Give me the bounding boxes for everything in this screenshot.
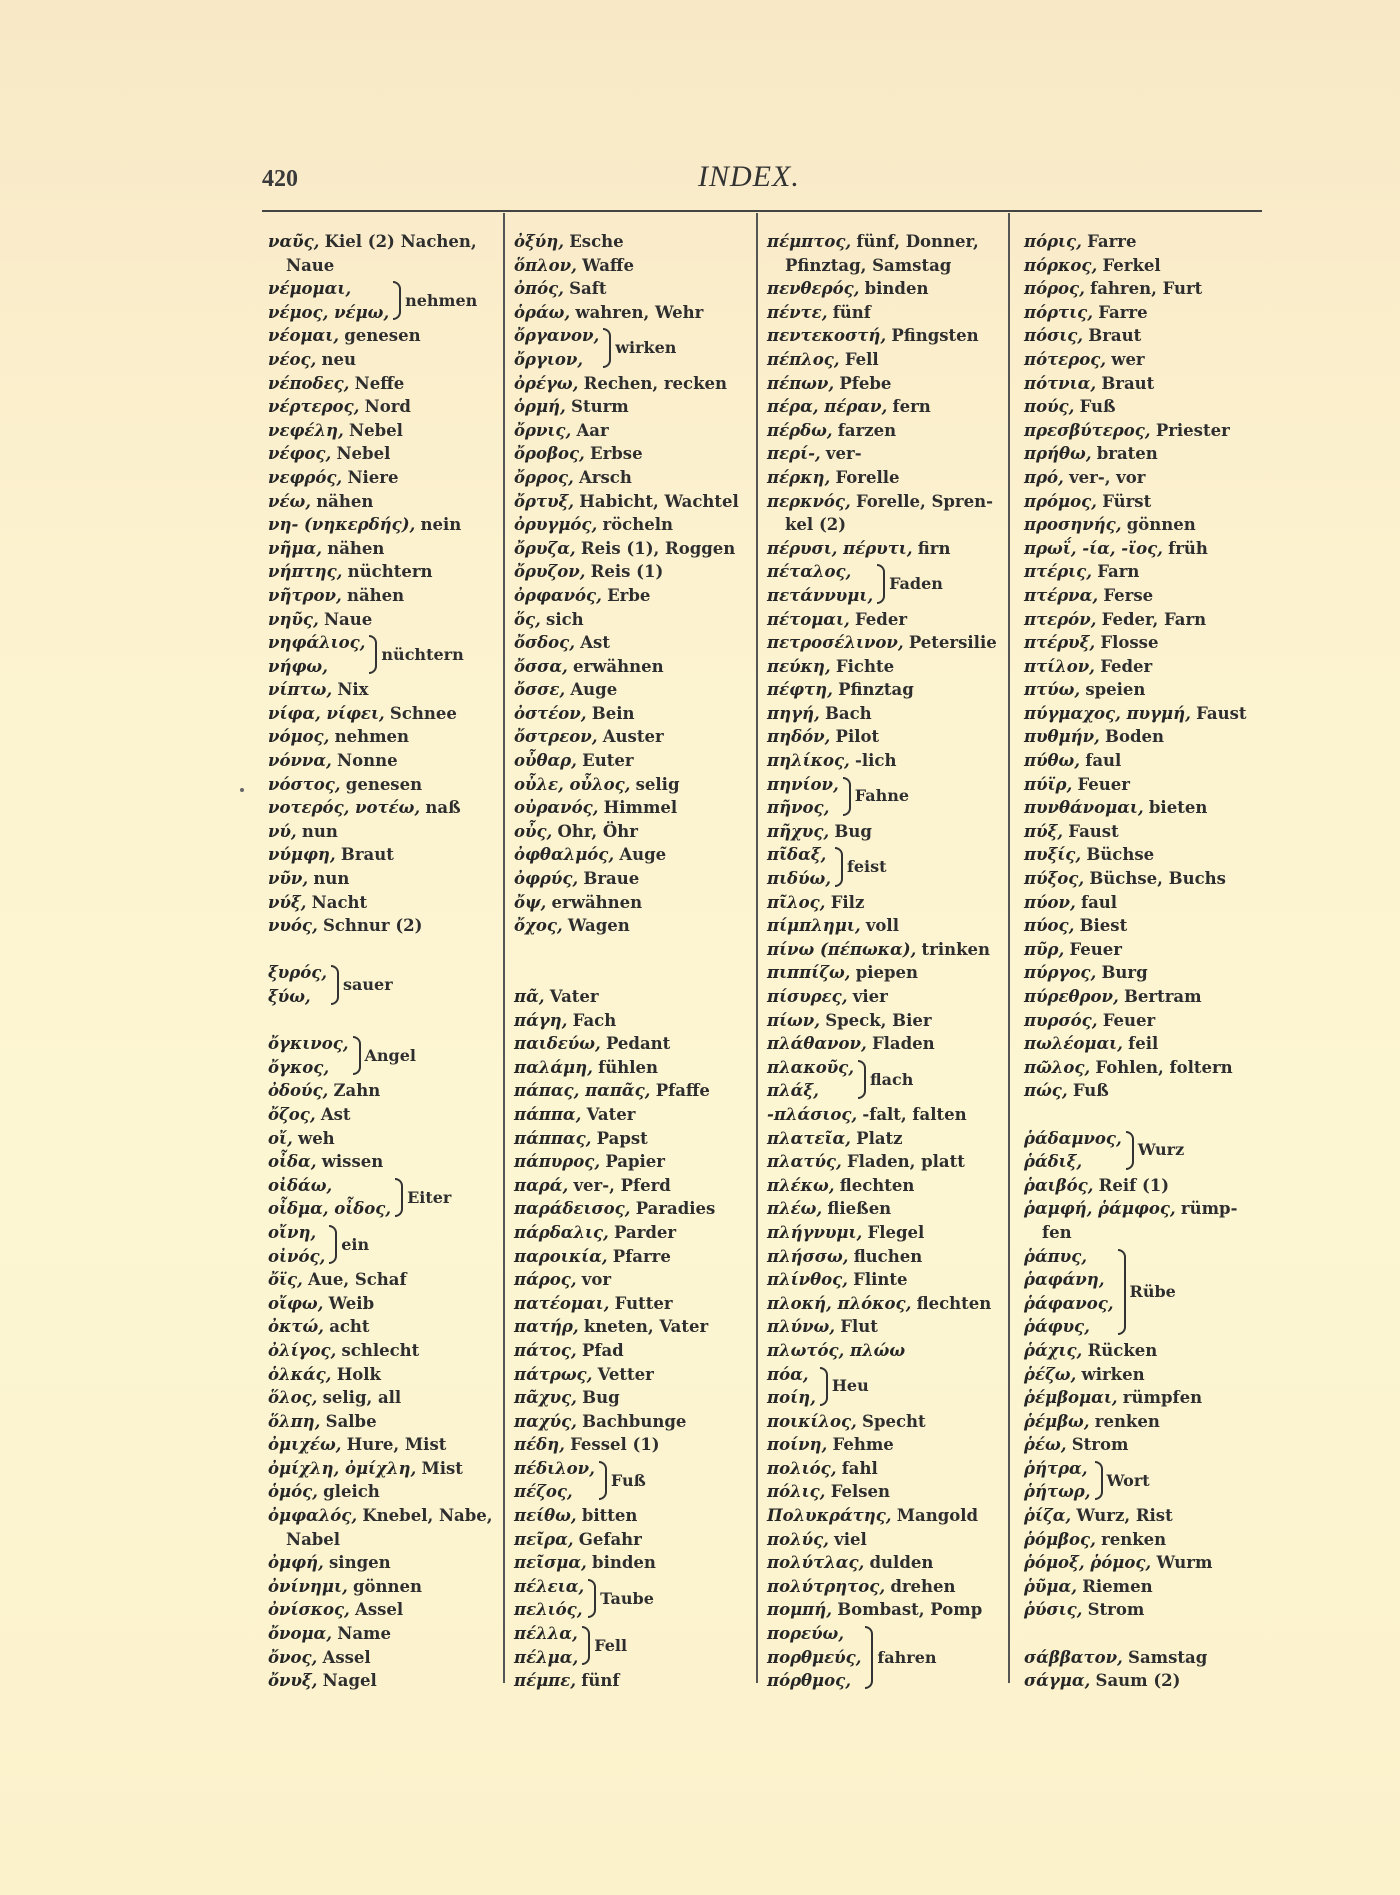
index-entry: πηγή, Bach bbox=[767, 702, 1012, 726]
section-gap bbox=[1024, 1103, 1269, 1127]
greek-headword: πύος, bbox=[1024, 916, 1074, 935]
greek-headword: πετάννυμι, bbox=[767, 584, 873, 608]
greek-headword: ὄργιον, bbox=[514, 348, 599, 372]
brace-icon bbox=[865, 1626, 873, 1689]
index-entry: ὅπλον, Waffe bbox=[514, 254, 759, 278]
index-entry: ῥίζα, Wurz, Rist bbox=[1024, 1504, 1269, 1528]
greek-headword: πεντεκοστή, bbox=[767, 326, 886, 345]
greek-headword: οἴ, bbox=[268, 1129, 293, 1148]
german-gloss: Reis (1), Roggen bbox=[581, 539, 735, 558]
index-column-3: πέμπτος, fünf, Donner,Pfinztag, Samstagπ… bbox=[767, 230, 1012, 1693]
greek-headword: σάββατον, bbox=[1024, 1648, 1123, 1667]
index-entry: πέπλος, Fell bbox=[767, 348, 1012, 372]
german-gloss: Kiel (2) Nachen, bbox=[325, 232, 477, 251]
german-gloss: Pfarre bbox=[613, 1247, 671, 1266]
german-gloss: fern bbox=[893, 397, 931, 416]
german-gloss: selig bbox=[636, 775, 680, 794]
greek-headword: ῥήτρα, bbox=[1024, 1457, 1091, 1481]
german-gloss: sich bbox=[546, 610, 584, 629]
german-gloss: fünf bbox=[581, 1671, 619, 1690]
index-entry: πόσις, Braut bbox=[1024, 324, 1269, 348]
greek-headword: πομπή, bbox=[767, 1600, 832, 1619]
greek-headword: ὀφθαλμός, bbox=[514, 845, 614, 864]
greek-headword: πλάξ, bbox=[767, 1079, 854, 1103]
index-entry: ῥύσις, Strom bbox=[1024, 1598, 1269, 1622]
greek-headword: ὄρυζον, bbox=[514, 562, 585, 581]
greek-headword: ὄϊς, bbox=[268, 1270, 303, 1289]
grouped-entry: πλακοῦς,πλάξ,flach bbox=[767, 1056, 1012, 1103]
greek-words: πῖδαξ,πιδύω, bbox=[767, 843, 831, 890]
greek-headword: πρόμος, bbox=[1024, 492, 1097, 511]
index-entry: ὄρυζον, Reis (1) bbox=[514, 560, 759, 584]
german-gloss: flach bbox=[870, 1068, 913, 1092]
index-entry: πόρος, fahren, Furt bbox=[1024, 277, 1269, 301]
index-entry: πετροσέλινον, Petersilie bbox=[767, 631, 1012, 655]
greek-headword: οἶδμα, οἶδος, bbox=[268, 1197, 391, 1221]
greek-headword: πετροσέλινον, bbox=[767, 633, 904, 652]
index-entry: πεύκη, Fichte bbox=[767, 655, 1012, 679]
german-gloss: Fuß bbox=[1080, 397, 1116, 416]
german-gloss: röcheln bbox=[602, 515, 673, 534]
german-gloss: Priester bbox=[1156, 421, 1230, 440]
index-entry: ὀνίσκος, Assel bbox=[268, 1598, 513, 1622]
greek-headword: πᾶχυς, bbox=[514, 1388, 577, 1407]
german-gloss: flechten bbox=[917, 1294, 992, 1313]
german-gloss: Nabel bbox=[286, 1530, 340, 1549]
index-entry: ὄϊς, Aue, Schaf bbox=[268, 1268, 513, 1292]
index-entry: ὀρφανός, Erbe bbox=[514, 584, 759, 608]
greek-words: ξυρός,ξύω, bbox=[268, 961, 327, 1008]
greek-headword: πεύκη, bbox=[767, 657, 831, 676]
german-gloss: wissen bbox=[322, 1152, 384, 1171]
greek-headword: ὄσσα, bbox=[514, 657, 568, 676]
german-gloss: kneten, Vater bbox=[584, 1317, 708, 1336]
greek-headword: πίων, bbox=[767, 1011, 820, 1030]
index-entry: ὄσσα, erwähnen bbox=[514, 655, 759, 679]
greek-headword: ὄζος, bbox=[268, 1105, 316, 1124]
greek-words: νέμομαι,νέμος, νέμω, bbox=[268, 277, 389, 324]
brace-icon bbox=[599, 1461, 607, 1500]
grouped-entry: ῥάπυς,ῥαφάνη,ῥάφανος,ῥάφυς,Rübe bbox=[1024, 1245, 1269, 1339]
german-gloss: nun bbox=[302, 822, 338, 841]
greek-headword: πτέρυξ, bbox=[1024, 633, 1095, 652]
page-title: INDEX. bbox=[698, 160, 800, 194]
index-entry: παλάμη, fühlen bbox=[514, 1056, 759, 1080]
german-gloss: bieten bbox=[1149, 798, 1207, 817]
greek-headword: πυθμήν, bbox=[1024, 727, 1100, 746]
greek-headword: πωλέομαι, bbox=[1024, 1034, 1123, 1053]
greek-headword: πέλλα, bbox=[514, 1622, 578, 1646]
index-entry: ὀστέον, Bein bbox=[514, 702, 759, 726]
index-entry: πύον, faul bbox=[1024, 891, 1269, 915]
index-entry: πλήσσω, fluchen bbox=[767, 1245, 1012, 1269]
greek-headword: πορθμεύς, bbox=[767, 1646, 861, 1670]
german-gloss: trinken bbox=[922, 940, 991, 959]
german-gloss: drehen bbox=[890, 1577, 955, 1596]
german-gloss: Pilot bbox=[836, 727, 880, 746]
greek-headword: πέφτη, bbox=[767, 680, 833, 699]
index-entry: πότερος, wer bbox=[1024, 348, 1269, 372]
index-entry: πείθω, bitten bbox=[514, 1504, 759, 1528]
index-entry: ὄνυξ, Nagel bbox=[268, 1669, 513, 1693]
greek-headword: ῥέω, bbox=[1024, 1435, 1066, 1454]
greek-headword: πηδόν, bbox=[767, 727, 830, 746]
brace-icon bbox=[329, 1225, 337, 1264]
german-gloss: feil bbox=[1128, 1034, 1158, 1053]
index-entry: πυνθάνομαι, bieten bbox=[1024, 796, 1269, 820]
greek-headword: ὁράω, bbox=[514, 303, 570, 322]
greek-headword: περκνός, bbox=[767, 492, 851, 511]
greek-words: πέλεια,πελιός, bbox=[514, 1575, 584, 1622]
index-entry: πύξ, Faust bbox=[1024, 820, 1269, 844]
brace-icon bbox=[588, 1579, 596, 1618]
greek-headword: -πλάσιος, bbox=[767, 1105, 857, 1124]
index-entry: ὀδούς, Zahn bbox=[268, 1079, 513, 1103]
greek-headword: ῥόμοξ, ῥόμος, bbox=[1024, 1553, 1151, 1572]
greek-headword: πτέρις, bbox=[1024, 562, 1092, 581]
grouped-entry: νηφάλιος,νήφω,nüchtern bbox=[268, 631, 513, 678]
index-column-1: ναῦς, Kiel (2) Nachen,Naueνέμομαι,νέμος,… bbox=[268, 230, 513, 1693]
index-entry: πλοκή, πλόκος, flechten bbox=[767, 1292, 1012, 1316]
grouped-entry: πόα,ποίη,Heu bbox=[767, 1363, 1012, 1410]
greek-headword: ῥαιβός, bbox=[1024, 1176, 1093, 1195]
german-gloss: nähen bbox=[327, 539, 384, 558]
index-entry: πίσυρες, vier bbox=[767, 985, 1012, 1009]
index-entry: πολιός, fahl bbox=[767, 1457, 1012, 1481]
brace-icon bbox=[331, 965, 339, 1004]
german-gloss: erwähnen bbox=[573, 657, 664, 676]
brace-icon bbox=[1126, 1131, 1134, 1170]
index-entry: νοτερός, νοτέω, naß bbox=[268, 796, 513, 820]
grouped-entry: ῥάδαμνος,ῥάδιξ,Wurz bbox=[1024, 1127, 1269, 1174]
index-entry: ὀφθαλμός, Auge bbox=[514, 843, 759, 867]
index-entry: ὄσδος, Ast bbox=[514, 631, 759, 655]
greek-headword: ὀμφαλός, bbox=[268, 1506, 357, 1525]
index-entry: νόμος, nehmen bbox=[268, 725, 513, 749]
index-entry: νῦν, nun bbox=[268, 867, 513, 891]
german-gloss: Nebel bbox=[349, 421, 403, 440]
greek-headword: νίφα, νίφει, bbox=[268, 704, 385, 723]
index-entry: πρεσβύτερος, Priester bbox=[1024, 419, 1269, 443]
german-gloss: Flut bbox=[840, 1317, 878, 1336]
german-gloss: Auge bbox=[619, 845, 666, 864]
greek-headword: ὀξύη, bbox=[514, 232, 564, 251]
german-gloss: speien bbox=[1085, 680, 1145, 699]
german-gloss: Fach bbox=[573, 1011, 617, 1030]
greek-headword: ῥάδαμνος, bbox=[1024, 1127, 1122, 1151]
german-gloss: Hure, Mist bbox=[347, 1435, 447, 1454]
index-entry: πέδη, Fessel (1) bbox=[514, 1433, 759, 1457]
german-gloss: Aar bbox=[576, 421, 608, 440]
index-entry: πύθω, faul bbox=[1024, 749, 1269, 773]
index-entry: πυξίς, Büchse bbox=[1024, 843, 1269, 867]
greek-headword: νύμφη, bbox=[268, 845, 336, 864]
brace-icon bbox=[835, 847, 843, 886]
index-entry: πλέω, fließen bbox=[767, 1197, 1012, 1221]
greek-headword: πορεύω, bbox=[767, 1622, 861, 1646]
german-gloss: gönnen bbox=[1127, 515, 1196, 534]
greek-headword: πούς, bbox=[1024, 397, 1074, 416]
german-gloss: ver-, Pferd bbox=[573, 1176, 670, 1195]
german-gloss: Bug bbox=[582, 1388, 619, 1407]
greek-headword: πρεσβύτερος, bbox=[1024, 421, 1151, 440]
index-entry: πίων, Speck, Bier bbox=[767, 1009, 1012, 1033]
grouped-entry: ὄγκινος,ὄγκος,Angel bbox=[268, 1032, 513, 1079]
index-entry: σάγμα, Saum (2) bbox=[1024, 1669, 1269, 1693]
greek-headword: πάππας, bbox=[514, 1129, 591, 1148]
index-entry: ὄχος, Wagen bbox=[514, 914, 759, 938]
index-entry: πτέρνα, Ferse bbox=[1024, 584, 1269, 608]
greek-headword: πῆνος, bbox=[767, 796, 839, 820]
index-entry: πόρις, Farre bbox=[1024, 230, 1269, 254]
index-entry: πάππας, Papst bbox=[514, 1127, 759, 1151]
index-entry: νέομαι, genesen bbox=[268, 324, 513, 348]
german-gloss: Pfebe bbox=[839, 374, 891, 393]
index-entry: ναῦς, Kiel (2) Nachen, bbox=[268, 230, 513, 254]
index-entry: ῥαιβός, Reif (1) bbox=[1024, 1174, 1269, 1198]
greek-headword: πρωΐ, -ία, -ϊος, bbox=[1024, 539, 1163, 558]
german-gloss: Bachbunge bbox=[582, 1412, 686, 1431]
index-entry: νέω, nähen bbox=[268, 490, 513, 514]
index-entry: πόλις, Felsen bbox=[767, 1480, 1012, 1504]
greek-headword: νη- (νηκερδής), bbox=[268, 515, 415, 534]
brace-icon bbox=[1118, 1249, 1126, 1335]
german-gloss: selig, all bbox=[323, 1388, 402, 1407]
index-entry: πενθερός, binden bbox=[767, 277, 1012, 301]
greek-headword: πῦρ, bbox=[1024, 940, 1064, 959]
german-gloss: früh bbox=[1168, 539, 1208, 558]
index-entry: ὅλπη, Salbe bbox=[268, 1410, 513, 1434]
index-entry: πηλίκος, -lich bbox=[767, 749, 1012, 773]
greek-headword: πίνω (πέπωκα), bbox=[767, 940, 916, 959]
greek-headword: νῆμα, bbox=[268, 539, 322, 558]
index-entry: πώς, Fuß bbox=[1024, 1079, 1269, 1103]
german-gloss: Vater bbox=[550, 987, 599, 1006]
index-entry: πόρτις, Farre bbox=[1024, 301, 1269, 325]
german-gloss: Wurz, Rist bbox=[1076, 1506, 1172, 1525]
german-gloss: Fahne bbox=[855, 784, 909, 808]
greek-headword: πέρα, πέραν, bbox=[767, 397, 887, 416]
greek-headword: πύργος, bbox=[1024, 963, 1096, 982]
greek-headword: νύξ, bbox=[268, 893, 306, 912]
index-entry: πλωτός, πλώω bbox=[767, 1339, 1012, 1363]
grouped-entry: ῥήτρα,ῥήτωρ,Wort bbox=[1024, 1457, 1269, 1504]
german-gloss: Specht bbox=[862, 1412, 926, 1431]
index-entry: νη- (νηκερδής), nein bbox=[268, 513, 513, 537]
index-entry: πέρα, πέραν, fern bbox=[767, 395, 1012, 419]
greek-headword: πηνίον, bbox=[767, 773, 839, 797]
grouped-entry: οἴνη,οἰνός,ein bbox=[268, 1221, 513, 1268]
german-gloss: Mangold bbox=[897, 1506, 978, 1525]
german-gloss: nähen bbox=[347, 586, 404, 605]
index-entry: νυός, Schnur (2) bbox=[268, 914, 513, 938]
index-entry: προσηνής, gönnen bbox=[1024, 513, 1269, 537]
greek-headword: ὄγκινος, bbox=[268, 1032, 349, 1056]
german-gloss: weh bbox=[298, 1129, 335, 1148]
greek-headword: πλατεῖα, bbox=[767, 1129, 851, 1148]
german-gloss: Feuer bbox=[1070, 940, 1123, 959]
grouped-entry: πέταλος,πετάννυμι,Faden bbox=[767, 560, 1012, 607]
german-gloss: ein bbox=[341, 1233, 369, 1257]
greek-headword: νεφρός, bbox=[268, 468, 342, 487]
german-gloss: Biest bbox=[1080, 916, 1128, 935]
brace-icon bbox=[393, 281, 401, 320]
german-gloss: Schnur (2) bbox=[323, 916, 422, 935]
german-gloss: Salbe bbox=[326, 1412, 377, 1431]
german-gloss: acht bbox=[329, 1317, 369, 1336]
greek-words: πηνίον,πῆνος, bbox=[767, 773, 839, 820]
index-entry: πτέρυξ, Flosse bbox=[1024, 631, 1269, 655]
grouped-entry: πορεύω,πορθμεύς,πόρθμος,fahren bbox=[767, 1622, 1012, 1693]
german-gloss: Himmel bbox=[604, 798, 678, 817]
greek-headword: περί-, bbox=[767, 444, 821, 463]
greek-headword: νέμος, νέμω, bbox=[268, 301, 389, 325]
german-gloss: Nebel bbox=[336, 444, 390, 463]
greek-headword: ῥάδιξ, bbox=[1024, 1150, 1122, 1174]
brace-icon bbox=[843, 777, 851, 816]
index-entry: παχύς, Bachbunge bbox=[514, 1410, 759, 1434]
index-entry: πολύτλας, dulden bbox=[767, 1551, 1012, 1575]
greek-headword: νέομαι, bbox=[268, 326, 339, 345]
greek-words: πέταλος,πετάννυμι, bbox=[767, 560, 873, 607]
greek-headword: ὀμίχλη, ὀμίχλη, bbox=[268, 1459, 416, 1478]
german-gloss: Speck, Bier bbox=[825, 1011, 931, 1030]
index-entry: πάππα, Vater bbox=[514, 1103, 759, 1127]
entry-continuation: Naue bbox=[268, 254, 513, 278]
greek-headword: ὄγκος, bbox=[268, 1056, 349, 1080]
greek-headword: πῖδαξ, bbox=[767, 843, 831, 867]
index-entry: ὀφρύς, Braue bbox=[514, 867, 759, 891]
greek-headword: πλύνω, bbox=[767, 1317, 835, 1336]
german-gloss: bitten bbox=[582, 1506, 638, 1525]
index-entry: ποικίλος, Specht bbox=[767, 1410, 1012, 1434]
german-gloss: Bach bbox=[825, 704, 872, 723]
german-gloss: sauer bbox=[343, 973, 393, 997]
greek-headword: ῥάχις, bbox=[1024, 1341, 1082, 1360]
index-entry: πύϊρ, Feuer bbox=[1024, 773, 1269, 797]
german-gloss: Bombast, Pomp bbox=[837, 1600, 982, 1619]
german-gloss: renken bbox=[1095, 1412, 1160, 1431]
brace-icon bbox=[603, 328, 611, 367]
index-entry: νέφος, Nebel bbox=[268, 442, 513, 466]
greek-headword: ὅπλον, bbox=[514, 256, 577, 275]
greek-headword: πλήγνυμι, bbox=[767, 1223, 862, 1242]
greek-headword: παρά, bbox=[514, 1176, 568, 1195]
index-entry: πολύς, viel bbox=[767, 1528, 1012, 1552]
greek-headword: παιδεύω, bbox=[514, 1034, 601, 1053]
german-gloss: naß bbox=[425, 798, 460, 817]
index-entry: ῥέμβω, renken bbox=[1024, 1410, 1269, 1434]
grouped-entry: πῖδαξ,πιδύω,feist bbox=[767, 843, 1012, 890]
index-entry: πρό, ver-, vor bbox=[1024, 466, 1269, 490]
greek-headword: πύξος, bbox=[1024, 869, 1084, 888]
german-gloss: wer bbox=[1111, 350, 1144, 369]
index-entry: νῆτρον, nähen bbox=[268, 584, 513, 608]
german-gloss: Papier bbox=[605, 1152, 665, 1171]
index-entry: νέρτερος, Nord bbox=[268, 395, 513, 419]
index-entry: ῥόμοξ, ῥόμος, Wurm bbox=[1024, 1551, 1269, 1575]
greek-words: πορεύω,πορθμεύς,πόρθμος, bbox=[767, 1622, 861, 1693]
greek-headword: ὀφρύς, bbox=[514, 869, 578, 888]
german-gloss: Burg bbox=[1101, 963, 1147, 982]
brace-icon bbox=[395, 1178, 403, 1217]
index-entry: πάπυρος, Papier bbox=[514, 1150, 759, 1174]
index-entry: πατήρ, kneten, Vater bbox=[514, 1315, 759, 1339]
greek-headword: πυξίς, bbox=[1024, 845, 1081, 864]
german-gloss: Arsch bbox=[579, 468, 632, 487]
german-gloss: Forelle, Spren- bbox=[856, 492, 993, 511]
index-entry: παράδεισος, Paradies bbox=[514, 1197, 759, 1221]
german-gloss: Büchse bbox=[1086, 845, 1154, 864]
greek-headword: ῥαμφή, ῥάμφος, bbox=[1024, 1199, 1176, 1218]
greek-headword: πᾶ, bbox=[514, 987, 545, 1006]
index-entry: παιδεύω, Pedant bbox=[514, 1032, 759, 1056]
greek-headword: πτίλον, bbox=[1024, 657, 1095, 676]
greek-headword: πέλμα, bbox=[514, 1646, 578, 1670]
index-entry: ῥόμβος, renken bbox=[1024, 1528, 1269, 1552]
german-gloss: firn bbox=[918, 539, 951, 558]
index-entry: νέος, neu bbox=[268, 348, 513, 372]
greek-headword: παροικία, bbox=[514, 1247, 608, 1266]
german-gloss: Fuß bbox=[1073, 1081, 1109, 1100]
index-entry: ὁρμή, Sturm bbox=[514, 395, 759, 419]
greek-headword: πέρυσι, πέρυτι, bbox=[767, 539, 913, 558]
german-gloss: Ferse bbox=[1103, 586, 1153, 605]
german-gloss: Rücken bbox=[1088, 1341, 1158, 1360]
german-gloss: Feder, Farn bbox=[1102, 610, 1207, 629]
greek-headword: ῥάπυς, bbox=[1024, 1245, 1114, 1269]
greek-headword: πόρκος, bbox=[1024, 256, 1097, 275]
brace-icon bbox=[369, 635, 377, 674]
brace-icon bbox=[877, 564, 885, 603]
greek-headword: πολύς, bbox=[767, 1530, 829, 1549]
index-entry: ὀμφαλός, Knebel, Nabe, bbox=[268, 1504, 513, 1528]
greek-headword: οἰδάω, bbox=[268, 1174, 391, 1198]
brace-icon bbox=[820, 1367, 828, 1406]
german-gloss: faul bbox=[1081, 893, 1117, 912]
german-gloss: Fell bbox=[845, 350, 879, 369]
index-entry: ὀμίχλη, ὀμίχλη, Mist bbox=[268, 1457, 513, 1481]
index-entry: ὀμιχέω, Hure, Mist bbox=[268, 1433, 513, 1457]
greek-headword: πάγη, bbox=[514, 1011, 567, 1030]
german-gloss: Fladen, platt bbox=[847, 1152, 965, 1171]
greek-headword: πῆχυς, bbox=[767, 822, 829, 841]
greek-headword: σάγμα, bbox=[1024, 1671, 1090, 1690]
german-gloss: fen bbox=[1042, 1223, 1072, 1242]
index-entry: ὀκτώ, acht bbox=[268, 1315, 513, 1339]
german-gloss: Forelle bbox=[835, 468, 899, 487]
index-entry: πομπή, Bombast, Pomp bbox=[767, 1598, 1012, 1622]
index-entry: ὄρτυξ, Habicht, Wachtel bbox=[514, 490, 759, 514]
index-entry: ὅλος, selig, all bbox=[268, 1386, 513, 1410]
greek-words: πόα,ποίη, bbox=[767, 1363, 816, 1410]
greek-headword: πλακοῦς, bbox=[767, 1056, 854, 1080]
index-entry: ὀπός, Saft bbox=[514, 277, 759, 301]
german-gloss: Braut bbox=[1088, 326, 1141, 345]
german-gloss: Gefahr bbox=[579, 1530, 642, 1549]
index-entry: ὀνίνημι, gönnen bbox=[268, 1575, 513, 1599]
german-gloss: voll bbox=[866, 916, 899, 935]
german-gloss: Heu bbox=[832, 1374, 869, 1398]
index-entry: πλύνω, Flut bbox=[767, 1315, 1012, 1339]
greek-words: πέδιλον,πέζος, bbox=[514, 1457, 595, 1504]
greek-headword: ὀκτώ, bbox=[268, 1317, 324, 1336]
german-gloss: Wurz bbox=[1138, 1138, 1184, 1162]
german-gloss: Platz bbox=[856, 1129, 902, 1148]
german-gloss: Riemen bbox=[1082, 1577, 1152, 1596]
index-entry: πλάθανον, Fladen bbox=[767, 1032, 1012, 1056]
greek-words: οἴνη,οἰνός, bbox=[268, 1221, 325, 1268]
